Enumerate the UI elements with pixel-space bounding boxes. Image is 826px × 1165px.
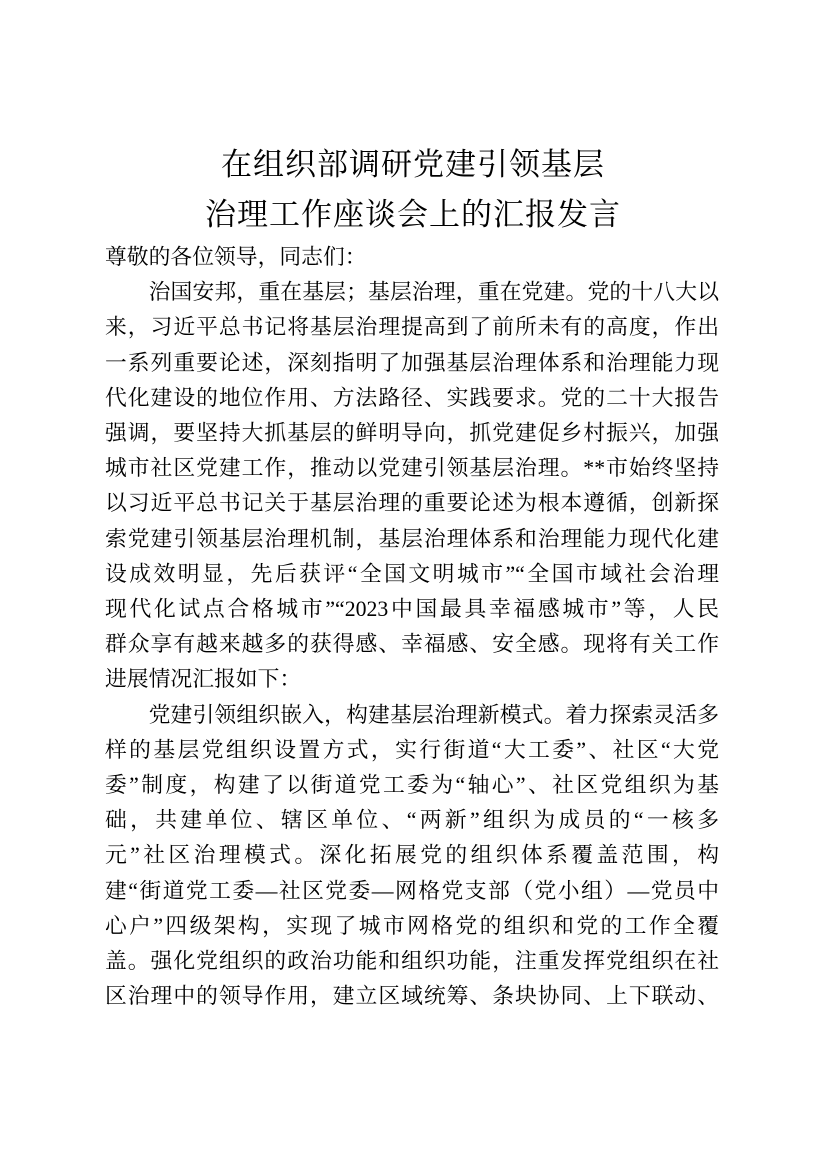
body-line: 区治理中的领导作用，建立区域统筹、条块协同、上下联动、	[105, 979, 719, 1014]
salutation-line: 尊敬的各位领导，同志们：	[105, 240, 719, 275]
document-page: 在组织部调研党建引领基层 治理工作座谈会上的汇报发言 尊敬的各位领导，同志们： …	[0, 0, 826, 1165]
body-line: 委”制度，构建了以街道党工委为“轴心”、社区党组织为基	[105, 768, 719, 803]
body-line: 础，共建单位、辖区单位、“两新”组织为成员的“一核多	[105, 803, 719, 838]
document-title: 在组织部调研党建引领基层 治理工作座谈会上的汇报发言	[0, 0, 826, 240]
body-line: 心户”四级架构，实现了城市网格党的组织和党的工作全覆	[105, 909, 719, 944]
title-line-1: 在组织部调研党建引领基层	[0, 140, 826, 190]
body-line: 元”社区治理模式。深化拓展党的组织体系覆盖范围，构	[105, 838, 719, 873]
body-line: 索党建引领基层治理机制，基层治理体系和治理能力现代化建	[105, 522, 719, 557]
body-line: 城市社区党建工作，推动以党建引领基层治理。**市始终坚持	[105, 451, 719, 486]
body-line: 现代化试点合格城市”“2023中国最具幸福感城市”等，人民	[105, 592, 719, 627]
body-line: 代化建设的地位作用、方法路径、实践要求。党的二十大报告	[105, 381, 719, 416]
paragraphs-container: 治国安邦，重在基层；基层治理，重在党建。党的十八大以来，习近平总书记将基层治理提…	[105, 275, 719, 1014]
body-line: 群众享有越来越多的获得感、幸福感、安全感。现将有关工作	[105, 627, 719, 662]
title-line-2: 治理工作座谈会上的汇报发言	[0, 190, 826, 240]
body-line: 党建引领组织嵌入，构建基层治理新模式。着力探索灵活多	[105, 698, 719, 733]
body-line: 来，习近平总书记将基层治理提高到了前所未有的高度，作出	[105, 310, 719, 345]
body-line: 建“街道党工委—社区党委—网格党支部（党小组）—党员中	[105, 874, 719, 909]
body-line: 进展情况汇报如下：	[105, 662, 719, 697]
document-body: 尊敬的各位领导，同志们： 治国安邦，重在基层；基层治理，重在党建。党的十八大以来…	[105, 240, 719, 1014]
body-line: 治国安邦，重在基层；基层治理，重在党建。党的十八大以	[105, 275, 719, 310]
body-line: 一系列重要论述，深刻指明了加强基层治理体系和治理能力现	[105, 346, 719, 381]
body-line: 以习近平总书记关于基层治理的重要论述为根本遵循，创新探	[105, 486, 719, 521]
body-line: 强调，要坚持大抓基层的鲜明导向，抓党建促乡村振兴，加强	[105, 416, 719, 451]
body-line: 样的基层党组织设置方式，实行街道“大工委”、社区“大党	[105, 733, 719, 768]
body-line: 设成效明显，先后获评“全国文明城市”“全国市域社会治理	[105, 557, 719, 592]
body-line: 盖。强化党组织的政治功能和组织功能，注重发挥党组织在社	[105, 944, 719, 979]
